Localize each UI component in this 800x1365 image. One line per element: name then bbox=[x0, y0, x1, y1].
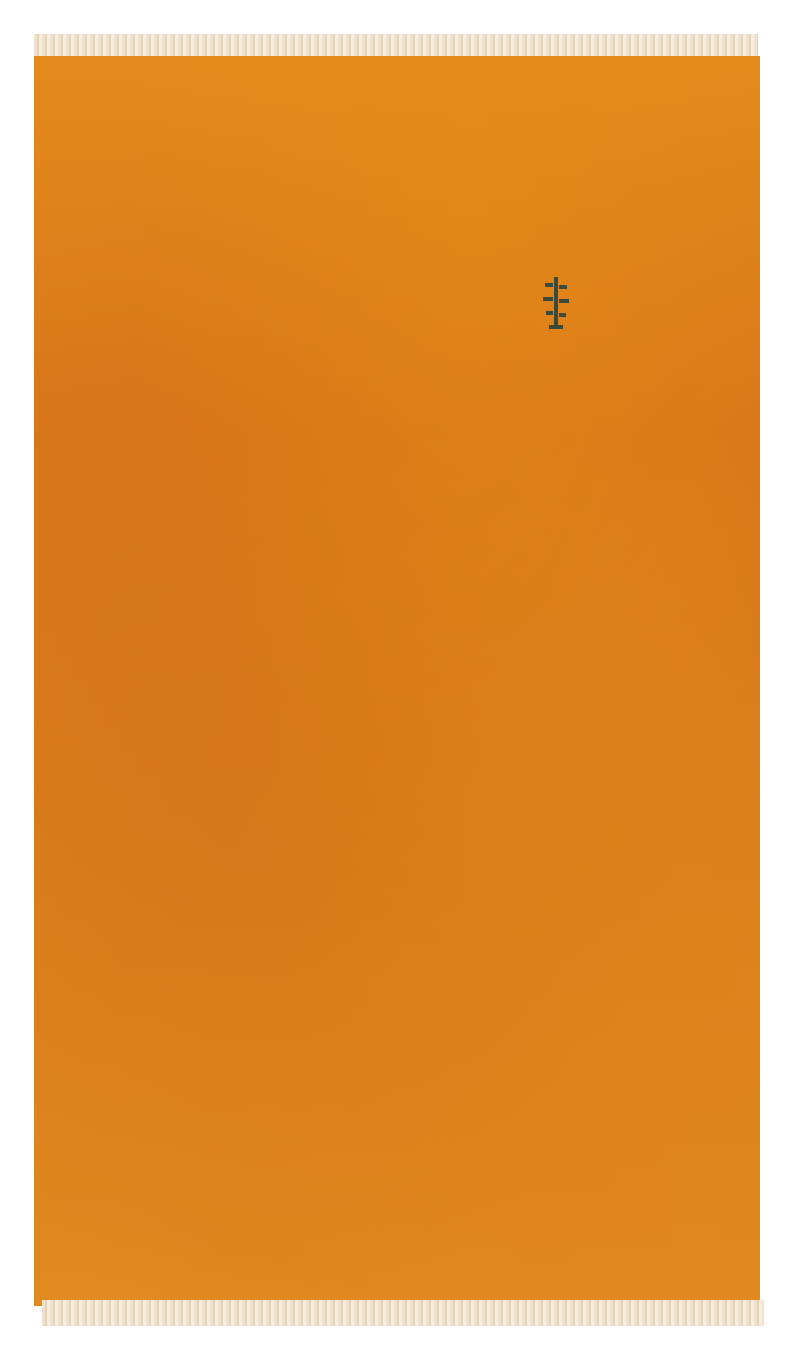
tree-motif-icon bbox=[541, 275, 571, 333]
bottom-fringe bbox=[42, 1300, 764, 1326]
rug-field bbox=[34, 56, 760, 1306]
